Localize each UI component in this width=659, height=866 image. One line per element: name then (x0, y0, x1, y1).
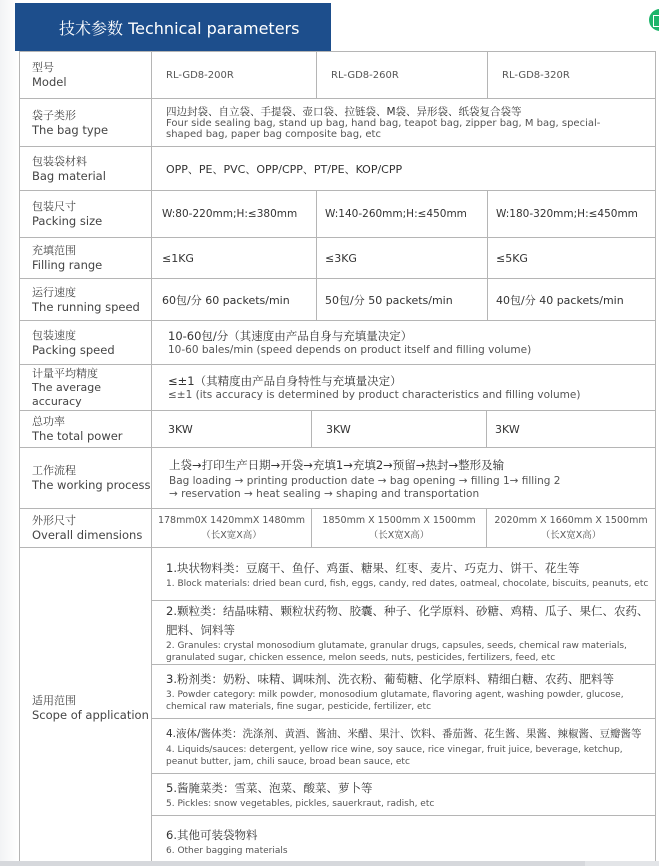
row-label: 包装尺寸 Packing size (19, 191, 151, 237)
label-en: Scope of application (32, 708, 151, 722)
table-row-overall-dimensions: 外形尺寸 Overall dimensions 178mm0X 1420mmX … (19, 508, 656, 547)
accuracy-value: ≤±1（其精度由产品自身特性与充填量决定） ≤±1 (its accuracy … (151, 365, 656, 410)
bag-material-value: OPP、PE、PVC、OPP/CPP、PT/PE、KOP/CPP (151, 147, 656, 190)
application-item-4: 4.液体/酱体类：洗涤剂、黄酒、酱油、米醋、果汁、饮料、番茄酱、花生酱、果酱、辣… (151, 718, 656, 773)
label-zh: 包装速度 (32, 329, 151, 343)
label-en: The bag type (32, 123, 151, 137)
dimensions-value-1: 178mm0X 1420mmX 1480mm （长X宽X高） (151, 509, 311, 547)
row-label: 充填范围 Filling range (19, 238, 151, 278)
item-zh: 3.粉剂类：奶粉、味精、调味剂、洗衣粉、葡萄糖、化学原料、精细白糖、农药、肥料等 (166, 670, 649, 689)
label-zh: 包装袋材料 (32, 155, 151, 169)
label-zh: 工作流程 (32, 464, 151, 478)
horizontal-scrollbar[interactable] (0, 861, 659, 866)
table-row-filling-range: 充填范围 Filling range ≤1KG ≤3KG ≤5KG (19, 237, 656, 278)
packing-speed-value: 10-60包/分（其速度由产品自身与充填量决定） 10-60 bales/min… (151, 321, 656, 364)
value-zh: ≤±1（其精度由产品自身特性与充填量决定） (168, 374, 655, 389)
label-en: Overall dimensions (32, 528, 151, 542)
value-zh: 上袋→打印生产日期→开袋→充填1→充填2→预留→热封→整形及输 (169, 456, 655, 475)
value-en-line-1: Bag loading → printing production date →… (169, 475, 655, 488)
item-zh: 4.液体/酱体类：洗涤剂、黄酒、酱油、米醋、果汁、饮料、番茄酱、花生酱、果酱、辣… (166, 725, 649, 744)
table-row-running-speed: 运行速度 The running speed 60包/分 60 packets/… (19, 278, 656, 320)
row-label: 包装速度 Packing speed (19, 321, 151, 364)
label-zh: 型号 (32, 61, 151, 75)
row-label: 总功率 The total power (19, 411, 151, 447)
label-en: The working process (32, 478, 151, 492)
dimensions-value-3: 2020mm X 1660mm X 1500mm （长X宽X高） (486, 509, 656, 547)
row-label: 外形尺寸 Overall dimensions (19, 509, 151, 547)
dimension-text: 1850mm X 1500mm X 1500mm (322, 513, 475, 528)
label-en: Bag material (32, 169, 151, 183)
dimension-text: 178mm0X 1420mmX 1480mm (158, 513, 305, 528)
value-zh: 10-60包/分（其速度由产品自身与充填量决定） (168, 329, 655, 344)
item-en: 2. Granules: crystal monosodium glutamat… (166, 640, 649, 664)
row-label: 袋子类形 The bag type (19, 99, 151, 146)
row-label: 运行速度 The running speed (19, 279, 151, 320)
label-zh: 外形尺寸 (32, 514, 151, 528)
packing-size-value-1: W:80-220mm;H:≤380mm (151, 191, 316, 237)
dimension-note: （长X宽X高） (201, 528, 262, 543)
label-zh: 总功率 (32, 415, 151, 429)
power-value-1: 3KW (151, 411, 311, 447)
item-en: 6. Other bagging materials (166, 845, 649, 857)
application-item-3: 3.粉剂类：奶粉、味精、调味剂、洗衣粉、葡萄糖、化学原料、精细白糖、农药、肥料等… (151, 664, 656, 718)
item-zh: 6.其他可装袋物料 (166, 826, 649, 845)
model-value-2: RL-GD8-260R (316, 52, 487, 98)
application-item-1: 1.块状物料类：豆腐干、鱼仔、鸡蛋、糖果、红枣、麦片、巧克力、饼干、花生等 1.… (151, 547, 656, 600)
value-en: 10-60 bales/min (speed depends on produc… (168, 344, 655, 357)
dimension-note: （长X宽X高） (541, 528, 602, 543)
power-value-2: 3KW (311, 411, 486, 447)
label-zh: 适用范围 (32, 694, 151, 708)
item-zh: 5.酱腌菜类：雪菜、泡菜、酸菜、萝卜等 (166, 779, 649, 798)
value-en: ≤±1 (its accuracy is determined by produ… (168, 389, 655, 402)
table-row-accuracy: 计量平均精度 The average accuracy ≤±1（其精度由产品自身… (19, 364, 656, 410)
working-process-value: 上袋→打印生产日期→开袋→充填1→充填2→预留→热封→整形及输 Bag load… (151, 448, 656, 508)
filling-range-value-3: ≤5KG (487, 238, 656, 278)
item-en: 4. Liquids/sauces: detergent, yellow ric… (166, 744, 649, 768)
filling-range-value-2: ≤3KG (316, 238, 487, 278)
label-zh: 计量平均精度 (32, 367, 151, 381)
green-table-icon[interactable] (649, 9, 659, 31)
row-label: 适用范围 Scope of application (19, 547, 151, 866)
running-speed-value-1: 60包/分 60 packets/min (151, 279, 316, 320)
bag-type-value: 四边封袋、自立袋、手提袋、壶口袋、拉链袋、M袋、异形袋、纸袋复合袋等 Four … (151, 99, 656, 146)
table-row-packing-speed: 包装速度 Packing speed 10-60包/分（其速度由产品自身与充填量… (19, 320, 656, 364)
section-title-banner: 技术参数 Technical parameters (15, 3, 331, 51)
item-zh: 1.块状物料类：豆腐干、鱼仔、鸡蛋、糖果、红枣、麦片、巧克力、饼干、花生等 (166, 559, 649, 578)
table-row-working-process: 工作流程 The working process 上袋→打印生产日期→开袋→充填… (19, 447, 656, 508)
item-zh: 2.颗粒类：结晶味精、颗粒状药物、胶囊、种子、化学原料、砂糖、鸡精、瓜子、果仁、… (166, 602, 649, 640)
label-en: The total power (32, 429, 151, 443)
scrollbar-thumb[interactable] (0, 861, 585, 866)
table-row-bag-type: 袋子类形 The bag type 四边封袋、自立袋、手提袋、壶口袋、拉链袋、M… (19, 98, 656, 146)
label-zh: 袋子类形 (32, 109, 151, 123)
table-row-model: 型号 Model RL-GD8-200R RL-GD8-260R RL-GD8-… (19, 51, 656, 98)
label-en: Filling range (32, 258, 151, 272)
label-zh: 充填范围 (32, 244, 151, 258)
item-en: 3. Powder category: milk powder, monosod… (166, 689, 649, 713)
row-label: 包装袋材料 Bag material (19, 147, 151, 190)
table-row-packing-size: 包装尺寸 Packing size W:80-220mm;H:≤380mm W:… (19, 190, 656, 237)
row-label: 计量平均精度 The average accuracy (19, 365, 151, 410)
row-label: 型号 Model (19, 52, 151, 98)
row-label: 工作流程 The working process (19, 448, 151, 508)
filling-range-value-1: ≤1KG (151, 238, 316, 278)
item-en: 5. Pickles: snow vegetables, pickles, sa… (166, 798, 649, 810)
running-speed-value-2: 50包/分 50 packets/min (316, 279, 487, 320)
packing-size-value-3: W:180-320mm;H:≤450mm (487, 191, 656, 237)
dimensions-value-2: 1850mm X 1500mm X 1500mm （长X宽X高） (311, 509, 486, 547)
application-item-2: 2.颗粒类：结晶味精、颗粒状药物、胶囊、种子、化学原料、砂糖、鸡精、瓜子、果仁、… (151, 600, 656, 664)
power-value-3: 3KW (486, 411, 656, 447)
label-en: Packing speed (32, 343, 151, 357)
page-title: 技术参数 Technical parameters (59, 16, 299, 39)
table-row-total-power: 总功率 The total power 3KW 3KW 3KW (19, 410, 656, 447)
table-row-scope-of-application: 适用范围 Scope of application 1.块状物料类：豆腐干、鱼仔… (19, 547, 656, 866)
model-value-3: RL-GD8-320R (487, 52, 656, 98)
label-zh: 运行速度 (32, 286, 151, 300)
dimension-text: 2020mm X 1660mm X 1500mm (494, 513, 647, 528)
running-speed-value-3: 40包/分 40 packets/min (487, 279, 656, 320)
dimension-note: （长X宽X高） (369, 528, 430, 543)
application-item-6: 6.其他可装袋物料 6. Other bagging materials (151, 815, 656, 866)
value-en-line-2: → reservation → heat sealing → shaping a… (169, 488, 655, 501)
table-row-bag-material: 包装袋材料 Bag material OPP、PE、PVC、OPP/CPP、PT… (19, 146, 656, 190)
application-item-5: 5.酱腌菜类：雪菜、泡菜、酸菜、萝卜等 5. Pickles: snow veg… (151, 773, 656, 815)
packing-size-value-2: W:140-260mm;H:≤450mm (316, 191, 487, 237)
label-en: Packing size (32, 214, 151, 228)
model-value-1: RL-GD8-200R (151, 52, 316, 98)
item-en: 1. Block materials: dried bean curd, fis… (166, 578, 649, 590)
value-zh: 四边封袋、自立袋、手提袋、壶口袋、拉链袋、M袋、异形袋、纸袋复合袋等 (166, 106, 615, 118)
label-en: The average accuracy (32, 381, 151, 409)
label-en: Model (32, 75, 151, 89)
label-en: The running speed (32, 300, 151, 314)
label-zh: 包装尺寸 (32, 200, 151, 214)
value-en: Four side sealing bag, stand up bag, han… (166, 118, 615, 140)
